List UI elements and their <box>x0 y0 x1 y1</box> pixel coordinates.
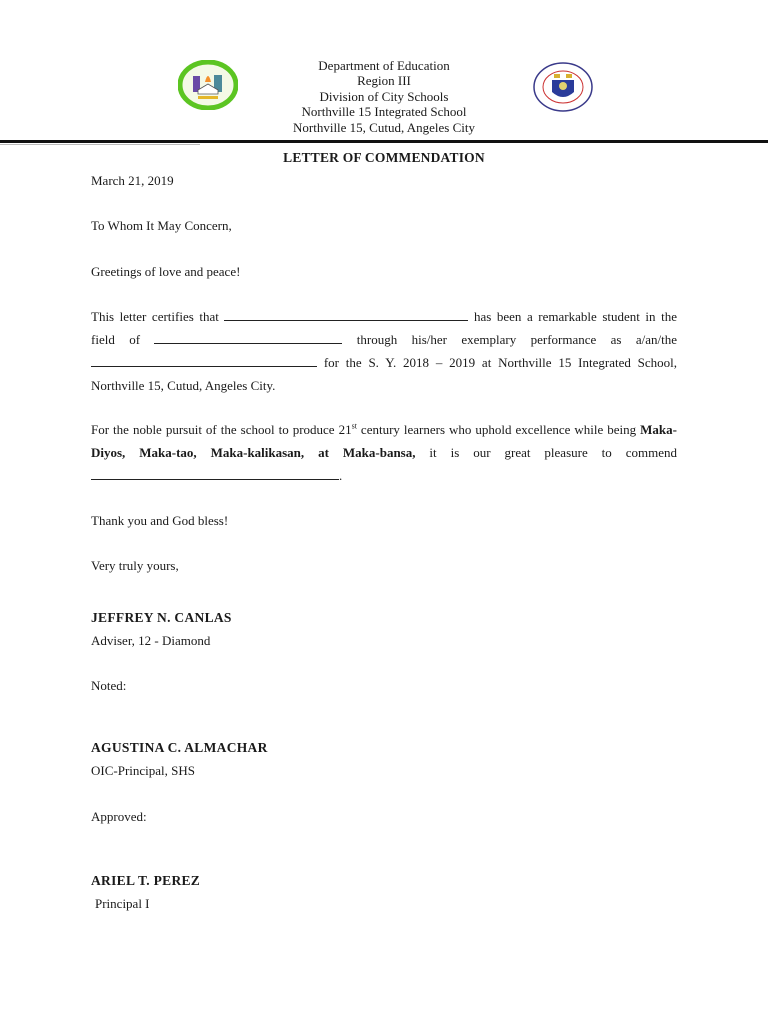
commend-name-blank[interactable] <box>91 467 339 480</box>
signatory-name: AGUSTINA C. ALMACHAR <box>91 736 677 759</box>
noted-label: Noted: <box>91 674 677 697</box>
closing-valediction: Very truly yours, <box>91 554 677 577</box>
p1-text: through his/her exemplary performance as… <box>357 332 677 347</box>
signatory-name: JEFFREY N. CANLAS <box>91 606 677 629</box>
p2-text: . <box>339 468 342 483</box>
field-blank[interactable] <box>154 331 342 344</box>
paragraph-commendation: For the noble pursuit of the school to p… <box>91 418 677 487</box>
approved-label: Approved: <box>91 805 677 828</box>
role-blank[interactable] <box>91 354 317 367</box>
letter-title: LETTER OF COMMENDATION <box>0 150 768 166</box>
signatory-position: Principal I <box>95 892 681 915</box>
p1-text: This letter certifies that <box>91 309 219 324</box>
header-divider-shadow <box>0 144 200 145</box>
letterhead: Department of Education Region III Divis… <box>0 58 768 135</box>
greeting: Greetings of love and peace! <box>91 260 677 283</box>
signatory-name: ARIEL T. PEREZ <box>91 869 677 892</box>
letterhead-line: Division of City Schools <box>0 89 768 104</box>
letterhead-line: Department of Education <box>0 58 768 73</box>
p2-text: it is our great pleasure to commend <box>415 445 677 460</box>
letterhead-line: Region III <box>0 73 768 88</box>
paragraph-certification: This letter certifies that has been a re… <box>91 305 677 397</box>
letter-date: March 21, 2019 <box>91 169 677 192</box>
p2-text: For the noble pursuit of the school to p… <box>91 422 352 437</box>
signatory-position: OIC-Principal, SHS <box>91 759 677 782</box>
letterhead-line: Northville 15, Cutud, Angeles City <box>0 120 768 135</box>
closing-thanks: Thank you and God bless! <box>91 509 677 532</box>
salutation: To Whom It May Concern, <box>91 214 677 237</box>
p2-text: century learners who uphold excellence w… <box>357 422 640 437</box>
header-divider <box>0 140 768 143</box>
letterhead-line: Northville 15 Integrated School <box>0 104 768 119</box>
student-name-blank[interactable] <box>224 308 468 321</box>
signatory-position: Adviser, 12 - Diamond <box>91 629 677 652</box>
